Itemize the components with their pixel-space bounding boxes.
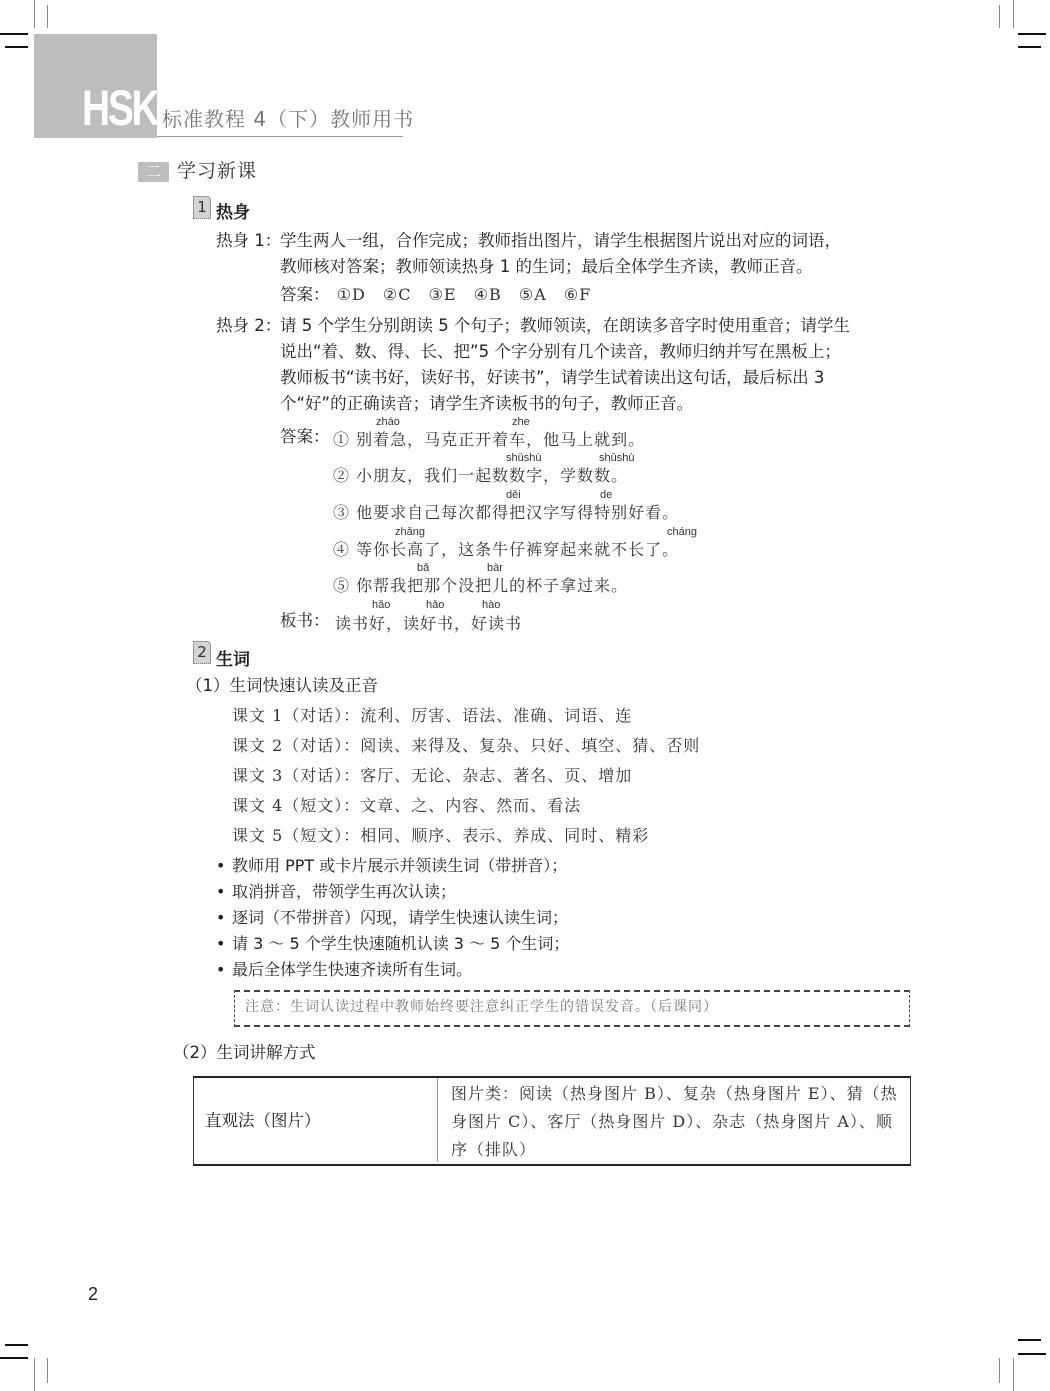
board-text: 读书好，读好书，好读书 [335, 611, 522, 634]
pinyin: bǎ [417, 562, 429, 574]
note-text: 注意：生词认读过程中教师始终要注意纠正学生的错误发音。（后课同） [245, 996, 718, 1016]
lesson-label: 课文 3（对话）： [232, 766, 360, 785]
table-content-cell: 图片类：阅读（热身图片 B）、复杂（热身图片 E）、猜（热身图片 C）、客厅（热… [451, 1080, 901, 1164]
pinyin: hǎo [426, 599, 444, 611]
warmup2-line: 个“好”的正确读音；请学生齐读板书的句子，教师正音。 [280, 391, 693, 417]
warmup-title: 热身 [216, 198, 250, 223]
crop-mark [1018, 1339, 1041, 1341]
bullet-icon: • [216, 853, 232, 879]
sentence-text: 小朋友，我们一起数数字，学数数。 [356, 466, 628, 485]
table-divider [437, 1078, 438, 1162]
answer: ①D [337, 285, 366, 304]
sentence-5: ⑤ 你帮我把那个没把儿的杯子拿过来。 [333, 573, 628, 596]
lesson-row: 课文 2（对话）：阅读、来得及、复杂、只好、填空、猜、否则 [232, 733, 700, 759]
pinyin: shǔshù [506, 452, 541, 464]
sentence-text: 他要求自己每次都得把汉字写得特别好看。 [356, 503, 679, 522]
crop-mark [1013, 1358, 1014, 1391]
bullet-item: •逐词（不带拼音）闪现，请学生快速认读生词； [216, 905, 568, 931]
vocab-title: 生词 [216, 645, 250, 670]
crop-mark [5, 1344, 28, 1346]
sentence-number: ④ [333, 540, 350, 559]
warmup2-line: 说出“着、数、得、长、把”5 个字分别有几个读音，教师归纳并写在黑板上； [280, 339, 841, 365]
section-title: 学习新课 [177, 158, 257, 184]
bullet-text: 最后全体学生快速齐读所有生词。 [232, 960, 472, 979]
lesson-row: 课文 3（对话）：客厅、无论、杂志、著名、页、增加 [232, 763, 632, 789]
header-rule [157, 136, 403, 137]
lesson-words: 阅读、来得及、复杂、只好、填空、猜、否则 [360, 736, 700, 755]
hsk-logo: HSK [82, 82, 157, 134]
sentence-3: ③ 他要求自己每次都得把汉字写得特别好看。 [333, 500, 679, 523]
crop-mark [47, 5, 48, 28]
warmup1-line: 学生两人一组，合作完成；教师指出图片，请学生根据图片说出对应的词语， [280, 228, 841, 254]
lesson-label: 课文 1（对话）： [232, 706, 360, 725]
bullet-item: •请 3 ～ 5 个学生快速随机认读 3 ～ 5 个生词； [216, 931, 569, 957]
pinyin: cháng [667, 526, 697, 538]
lesson-label: 课文 2（对话）： [232, 736, 360, 755]
crop-mark [1018, 33, 1046, 35]
warmup2-label: 热身 2： [216, 313, 281, 339]
pinyin: děi [506, 489, 521, 501]
crop-mark [34, 1358, 35, 1391]
crop-mark [1018, 46, 1041, 48]
answer: ④B [474, 285, 502, 304]
answer: ③E [429, 285, 457, 304]
crop-mark [0, 1357, 28, 1359]
pinyin: de [600, 489, 612, 501]
answer: ⑥F [564, 285, 591, 304]
bullet-icon: • [216, 905, 232, 931]
warmup1-line: 教师核对答案；教师领读热身 1 的生词；最后全体学生齐读，教师正音。 [280, 254, 813, 280]
crop-mark [47, 1358, 48, 1383]
lesson-row: 课文 5（短文）：相同、顺序、表示、养成、同时、精彩 [232, 823, 649, 849]
warmup1-label: 热身 1： [216, 228, 281, 254]
pinyin: zhǎng [395, 526, 425, 538]
sentence-4: ④ 等你长高了，这条牛仔裤穿起来就不长了。 [333, 537, 679, 560]
bullet-text: 逐词（不带拼音）闪现，请学生快速认读生词； [232, 908, 568, 927]
vocab-part1-title: （1）生词快速认读及正音 [186, 673, 378, 699]
bullet-item: •最后全体学生快速齐读所有生词。 [216, 957, 472, 983]
answer-label: 答案： [280, 424, 330, 450]
bullet-item: •教师用 PPT 或卡片展示并领读生词（带拼音）； [216, 853, 567, 879]
crop-mark [1013, 0, 1014, 28]
sentence-1: ① 别着急，马克正开着车，他马上就到。 [333, 427, 645, 450]
crop-mark [34, 0, 35, 28]
table-method-cell: 直观法（图片） [205, 1107, 321, 1131]
lesson-words: 相同、顺序、表示、养成、同时、精彩 [360, 826, 649, 845]
crop-mark [999, 1358, 1000, 1383]
sentence-number: ② [333, 466, 350, 485]
page-number: 2 [88, 1284, 98, 1305]
sentence-text: 等你长高了，这条牛仔裤穿起来就不长了。 [356, 540, 679, 559]
section-badge: 二 [138, 162, 169, 182]
warmup-badge: 1 [193, 196, 211, 219]
bullet-text: 请 3 ～ 5 个学生快速随机认读 3 ～ 5 个生词； [232, 934, 569, 953]
lesson-row: 课文 1（对话）：流利、厉害、语法、准确、词语、连 [232, 703, 632, 729]
answer: ②C [383, 285, 412, 304]
sentence-2: ② 小朋友，我们一起数数字，学数数。 [333, 463, 628, 486]
board-label: 板书： [280, 608, 330, 634]
lesson-row: 课文 4（短文）：文章、之、内容、然而、看法 [232, 793, 581, 819]
lesson-label: 课文 5（短文）： [232, 826, 360, 845]
sentence-text: 你帮我把那个没把儿的杯子拿过来。 [356, 576, 628, 595]
pinyin: zháo [376, 416, 400, 428]
sentence-text: 别着急，马克正开着车，他马上就到。 [356, 430, 645, 449]
crop-mark [5, 46, 28, 48]
bullet-item: •取消拼音，带领学生再次认读； [216, 879, 456, 905]
answer-label: 答案： [280, 285, 330, 304]
pinyin: hào [482, 599, 500, 611]
sentence-number: ⑤ [333, 576, 350, 595]
bullet-icon: • [216, 931, 232, 957]
bullet-icon: • [216, 879, 232, 905]
crop-mark [999, 5, 1000, 28]
vocab-part2-title: （2）生词讲解方式 [173, 1040, 316, 1066]
crop-mark [0, 33, 28, 35]
pinyin: hǎo [372, 599, 390, 611]
sentence-number: ③ [333, 503, 350, 522]
sentence-number: ① [333, 430, 350, 449]
bullet-icon: • [216, 957, 232, 983]
pinyin: zhe [512, 416, 530, 428]
crop-mark [1018, 1353, 1046, 1355]
warmup1-answers: 答案： ①D ②C ③E ④B ⑤A ⑥F [280, 282, 591, 308]
lesson-words: 流利、厉害、语法、准确、词语、连 [360, 706, 632, 725]
bullet-text: 取消拼音，带领学生再次认读； [232, 882, 456, 901]
bullet-text: 教师用 PPT 或卡片展示并领读生词（带拼音）； [232, 856, 567, 875]
pinyin: shǔshù [599, 452, 634, 464]
pinyin: bàr [487, 562, 503, 574]
lesson-words: 文章、之、内容、然而、看法 [360, 796, 581, 815]
lesson-label: 课文 4（短文）： [232, 796, 360, 815]
lesson-words: 客厅、无论、杂志、著名、页、增加 [360, 766, 632, 785]
warmup2-line: 教师板书“读书好，读好书，好读书”，请学生试着读出这句话，最后标出 3 [280, 365, 824, 391]
book-title: 标准教程 4（下）教师用书 [162, 106, 414, 132]
answer: ⑤A [519, 285, 547, 304]
vocab-badge: 2 [193, 641, 211, 664]
warmup2-line: 请 5 个学生分别朗读 5 个句子；教师领读，在朗读多音字时使用重音；请学生 [280, 313, 850, 339]
